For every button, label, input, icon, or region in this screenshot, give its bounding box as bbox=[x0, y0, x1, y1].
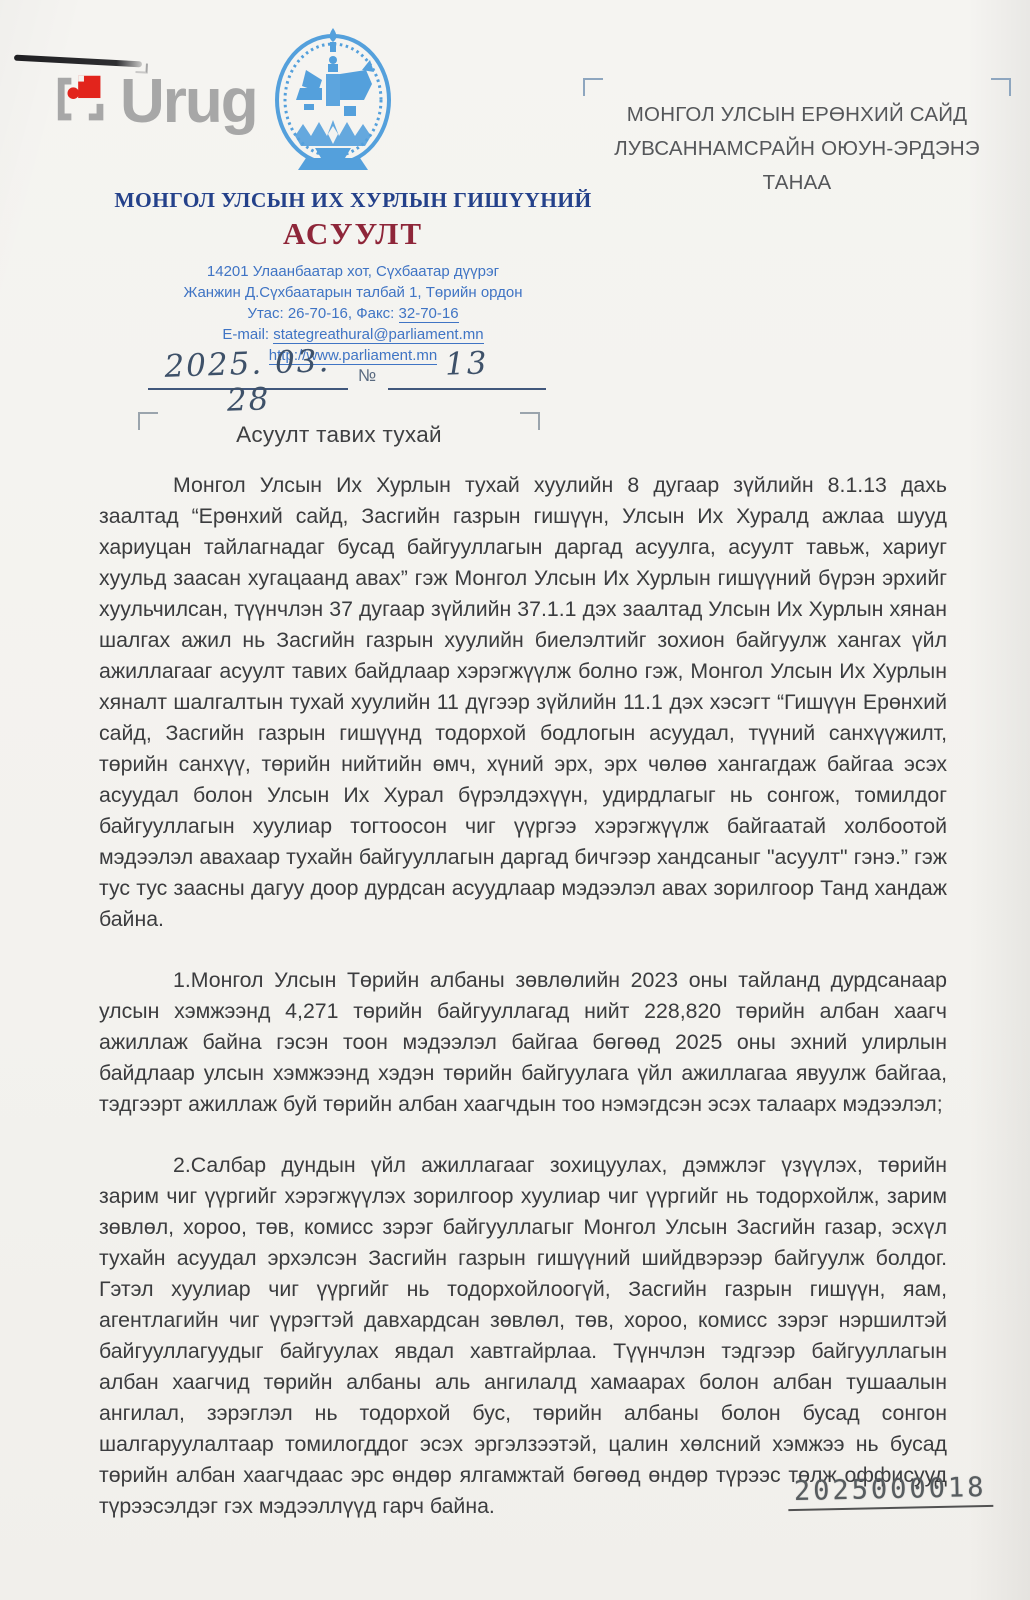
corner-bracket-right-icon bbox=[520, 412, 540, 430]
number-sign: № bbox=[358, 366, 376, 386]
fax-number: 32-70-16 bbox=[399, 305, 459, 323]
address-line-2: Жанжин Д.Сүхбаатарын талбай 1, Төрийн ор… bbox=[88, 282, 618, 303]
email-address: stategreathural@parliament.mn bbox=[273, 326, 483, 344]
recipient-name: ЛУВСАННАМСРАЙН ОЮУН-ЭРДЭНЭ bbox=[609, 132, 985, 166]
watermark: Urug bbox=[52, 68, 257, 135]
corner-bracket-left-icon bbox=[583, 78, 603, 96]
document-number-field: 13 bbox=[388, 346, 546, 390]
phone-label: Утас: 26-70-16, Факс: bbox=[247, 305, 398, 322]
address-line-1: 14201 Улаанбаатар хот, Сүхбаатар дүүрэг bbox=[88, 261, 618, 282]
urug-logo-icon bbox=[52, 68, 114, 135]
document-type-title: АСУУЛТ bbox=[88, 216, 618, 252]
org-name: МОНГОЛ УЛСЫН ИХ ХУРЛЫН ГИШҮҮНИЙ bbox=[88, 188, 618, 213]
recipient-salutation: ТАНАА bbox=[609, 166, 985, 200]
paragraph-item-2: 2.Салбар дундын үйл ажиллагааг зохицуула… bbox=[99, 1150, 947, 1522]
handwritten-date: 2025. 03. 28 bbox=[147, 343, 349, 422]
state-emblem-icon bbox=[270, 26, 396, 181]
letter-body: Монгол Улсын Их Хурлын тухай хуулийн 8 д… bbox=[99, 470, 947, 1522]
handwritten-number: 13 bbox=[445, 345, 490, 382]
email-line: E-mail: stategreathural@parliament.mn bbox=[88, 324, 618, 345]
subject-block: Асуулт тавих тухай bbox=[138, 412, 540, 458]
scan-artifact-mark bbox=[14, 55, 142, 68]
paragraph-intro: Монгол Улсын Их Хурлын тухай хуулийн 8 д… bbox=[99, 470, 947, 935]
watermark-brand-text: Urug bbox=[120, 71, 257, 133]
paragraph-item-1: 1.Монгол Улсын Төрийн албаны зөвлөлийн 2… bbox=[99, 965, 947, 1120]
scanned-letter-page: Urug bbox=[0, 0, 1030, 1600]
phone-fax-line: Утас: 26-70-16, Факс: 32-70-16 bbox=[88, 303, 618, 324]
recipient-title: МОНГОЛ УЛСЫН ЕРӨНХИЙ САЙД bbox=[609, 98, 985, 132]
date-number-line: 2025. 03. 28 № 13 bbox=[140, 346, 550, 394]
corner-bracket-left-icon bbox=[138, 412, 158, 430]
recipient-block: МОНГОЛ УЛСЫН ЕРӨНХИЙ САЙД ЛУВСАННАМСРАЙН… bbox=[583, 78, 1011, 200]
email-label: E-mail: bbox=[222, 326, 273, 343]
letterhead: МОНГОЛ УЛСЫН ИХ ХУРЛЫН ГИШҮҮНИЙ АСУУЛТ 1… bbox=[88, 188, 618, 366]
registration-stamp-number: 2025000018 bbox=[788, 1472, 993, 1511]
date-field: 2025. 03. 28 bbox=[148, 346, 348, 390]
corner-bracket-right-icon bbox=[991, 78, 1011, 96]
subject-title: Асуулт тавих тухай bbox=[138, 412, 540, 448]
